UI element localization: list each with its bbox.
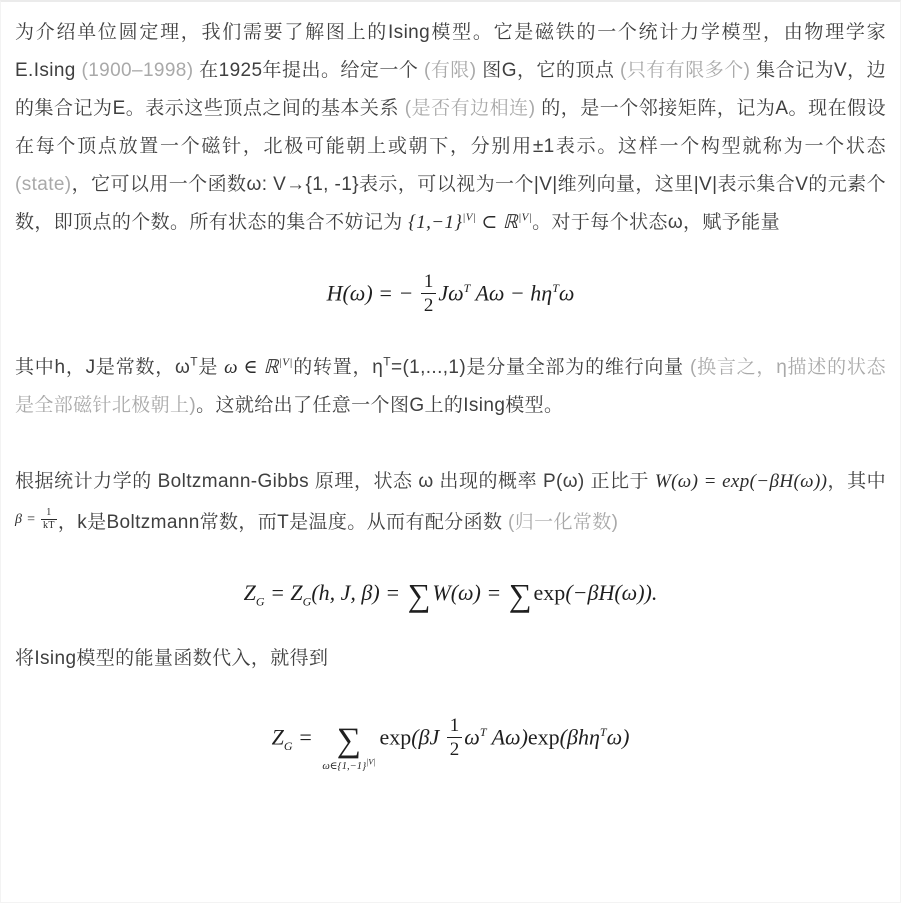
text-segment: 。这就给出了任意一个图G上的Ising模型。 <box>196 395 563 416</box>
sum-icon: ∑ <box>507 577 534 613</box>
formula-z: Z <box>272 725 284 750</box>
sum-icon: ∑ <box>322 724 375 758</box>
text-segment: 的转置，η <box>293 357 383 378</box>
fraction-one-over-kt: 1kT <box>41 508 57 531</box>
text-segment: 。对于每个状态ω，赋予能量 <box>532 212 780 233</box>
paragraph-constants: 其中h，J是常数，ωT是 ω ∈ ℝ|V|的转置，ηT=(1,...,1)是分量… <box>15 349 886 425</box>
formula-energy-lead: H(ω) = − <box>327 281 419 306</box>
text-segment: =(1,...,1)是分量全部为的维行向量 <box>391 357 690 378</box>
paragraph-boltzmann-gibbs: 根据统计力学的 Boltzmann-Gibbs 原理，状态 ω 出现的概率 P(… <box>15 463 886 542</box>
sum-lower-limit: ω∈{1,−1}|V| <box>322 762 375 773</box>
paragraph-substitute: 将Ising模型的能量函数代入，就得到 <box>15 640 886 678</box>
formula-energy-mid: Aω − hη <box>470 281 552 306</box>
formula-beta-j: (βJ <box>411 725 445 750</box>
exp-operator: exp <box>379 725 411 750</box>
fraction-one-half: 12 <box>421 272 437 315</box>
paragraph-intro-ising: 为介绍单位圆定理，我们需要了解图上的Ising模型。它是磁铁的一个统计力学模型，… <box>15 14 886 242</box>
inline-math-omega-in-r: ω ∈ ℝ|V| <box>224 357 293 378</box>
math-subset-r: ⊂ ℝ <box>476 212 518 233</box>
fraction-one-half: 12 <box>447 716 463 759</box>
fraction-numerator: 1 <box>447 716 463 737</box>
math-set-exponent: |V| <box>462 212 476 224</box>
text-segment: 图G，它的顶点 <box>476 60 620 81</box>
text-segment: ，k是Boltzmann常数，而T是温度。从而有配分函数 <box>58 512 508 533</box>
subscript-g: G <box>256 594 265 608</box>
math-omega-base: ω ∈ ℝ <box>224 357 279 378</box>
formula-args: (h, J, β) = <box>311 580 405 605</box>
math-r-exponent: |V| <box>518 212 532 224</box>
transpose-sup: T <box>383 355 391 369</box>
fraction-denominator: 2 <box>447 737 463 759</box>
sum-with-limits: ∑ω∈{1,−1}|V| <box>322 724 375 773</box>
formula-partition-expanded: ZG = ∑ω∈{1,−1}|V|exp(βJ 12ωT Aω)exp(βhηT… <box>15 716 886 772</box>
text-segment: ，其中 <box>827 471 886 492</box>
text-segment: 将Ising模型的能量函数代入，就得到 <box>15 648 328 669</box>
formula-energy-jw: Jω <box>438 281 463 306</box>
beta-equals: β = <box>15 512 40 527</box>
inline-math-weight: W(ω) = exp(−βH(ω)) <box>655 471 827 492</box>
transpose-sup: T <box>480 726 487 740</box>
article-page: 为介绍单位圆定理，我们需要了解图上的Ising模型。它是磁铁的一个统计力学模型，… <box>0 0 901 903</box>
muted-segment-edge-connected: (是否有边相连) <box>405 98 536 119</box>
article-content: 为介绍单位圆定理，我们需要了解图上的Ising模型。它是磁铁的一个统计力学模型，… <box>1 2 900 773</box>
fraction-denominator: 2 <box>421 293 437 315</box>
transpose-sup: T <box>190 355 198 369</box>
formula-omega: ω <box>464 725 480 750</box>
muted-segment-state: (state) <box>15 174 72 195</box>
limit-exponent: |V| <box>366 758 375 767</box>
muted-segment-normalization: (归一化常数) <box>508 512 618 533</box>
text-segment: 在1925年提出。给定一个 <box>193 60 424 81</box>
formula-tail-omega: ω) <box>607 725 630 750</box>
exp-operator: exp <box>528 725 560 750</box>
formula-a-omega: Aω) <box>487 725 528 750</box>
formula-eq: = <box>292 725 318 750</box>
math-set-base: {1,−1} <box>408 212 462 233</box>
fraction-numerator: 1 <box>421 272 437 293</box>
muted-segment-finite: (有限) <box>424 60 476 81</box>
text-segment: 其中h，J是常数，ω <box>15 357 190 378</box>
muted-segment-years: (1900–1998) <box>82 60 194 81</box>
formula-energy-tail: ω <box>559 281 575 306</box>
formula-weight: W(ω) = <box>432 580 506 605</box>
formula-tail: (−βH(ω)). <box>565 580 657 605</box>
formula-partition: ZG = ZG(h, J, β) = ∑W(ω) = ∑exp(−βH(ω)). <box>15 580 886 606</box>
formula-energy: H(ω) = − 12JωT Aω − hηTω <box>15 272 886 315</box>
text-segment: 是 <box>198 357 224 378</box>
formula-z: Z <box>244 580 256 605</box>
sum-icon: ∑ <box>406 577 433 613</box>
limit-base: ω∈{1,−1} <box>322 761 366 772</box>
math-r-exponent: |V| <box>279 357 293 369</box>
transpose-sup: T <box>552 281 559 295</box>
inline-math-beta: β = 1kT <box>15 512 58 527</box>
inline-math-state-set: {1,−1}|V| ⊂ ℝ|V| <box>408 212 532 233</box>
exp-operator: exp <box>534 580 566 605</box>
formula-eq-z: = Z <box>265 580 303 605</box>
text-segment: 根据统计力学的 Boltzmann-Gibbs 原理，状态 ω 出现的概率 P(… <box>15 471 655 492</box>
formula-beta-h-eta: (βhη <box>560 725 600 750</box>
transpose-sup: T <box>600 726 607 740</box>
fraction-numerator: 1 <box>41 508 57 519</box>
muted-segment-finitely-many: (只有有限多个) <box>620 60 750 81</box>
fraction-denominator: kT <box>41 519 57 531</box>
